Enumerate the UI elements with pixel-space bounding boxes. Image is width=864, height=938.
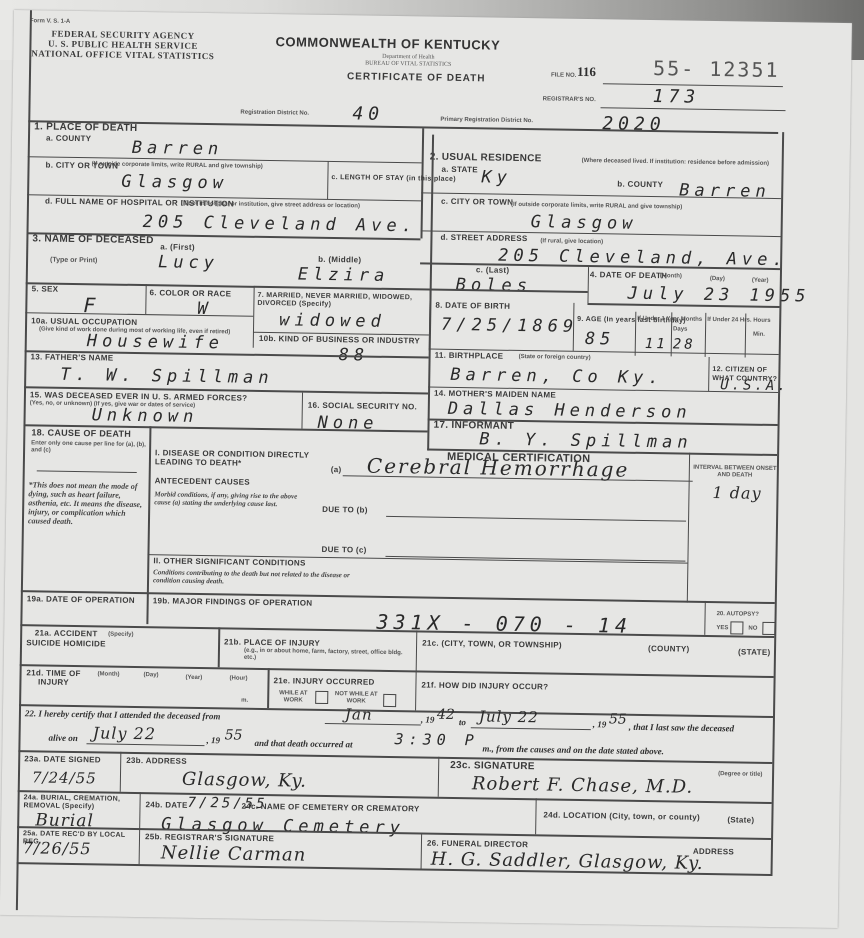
marital-status: widowed — [279, 310, 386, 332]
place-of-injury-note: (e.g., in or about home, farm, factory, … — [244, 648, 414, 665]
rule — [471, 727, 591, 730]
due-c-label: DUE TO (c) — [321, 545, 366, 555]
occupation: Housewife — [87, 331, 224, 353]
autopsy-yes-label: YES — [716, 625, 728, 632]
business-label: 10b. KIND OF BUSINESS OR INDUSTRY — [259, 334, 429, 346]
burial-date-label: 24b. DATE — [145, 800, 187, 810]
days-label: Days — [673, 326, 687, 333]
how-injury-label: 21f. HOW DID INJURY OCCUR? — [421, 680, 548, 691]
sex-label: 5. SEX — [32, 284, 59, 293]
cert-to-year-prefix: , 19 — [593, 719, 607, 729]
degree-label: (Degree or title) — [718, 771, 762, 779]
divider — [438, 757, 440, 797]
res-street-label: d. STREET ADDRESS — [440, 233, 527, 243]
while-at-work-label: WHILE AT WORK — [273, 690, 313, 705]
rule — [20, 664, 774, 678]
disposition-label: 24a. BURIAL, CREMATION, REMOVAL (Specify… — [23, 794, 133, 812]
signature-label: 23c. SIGNATURE — [450, 761, 535, 771]
divider — [708, 357, 710, 391]
date-of-death-label: 4. DATE OF DEATH — [590, 271, 630, 280]
min-label: Min. — [753, 332, 765, 339]
date-signed-label: 23a. DATE SIGNED — [24, 754, 101, 764]
injury-hour-label: (Hour) — [229, 675, 247, 682]
divider — [635, 312, 637, 356]
date-recd: 7/26/55 — [23, 838, 92, 858]
divider — [535, 798, 537, 834]
divider — [687, 453, 690, 603]
location-label: 24d. LOCATION (City, town, or county) — [543, 810, 700, 821]
cert-text-2: , that I last saw the deceased — [629, 722, 734, 734]
injury-month-label: (Month) — [98, 671, 120, 678]
dod-day-label: (Day) — [710, 276, 725, 283]
registrars-no-label: REGISTRAR'S NO. — [543, 96, 596, 104]
institution: 205 Cleveland Ave. — [143, 212, 418, 236]
mother-label: 14. MOTHER'S MAIDEN NAME — [434, 389, 556, 400]
cert-to-label: to — [459, 717, 466, 727]
cause-footnote: *This does not mean the mode of dying, s… — [28, 480, 149, 527]
father-name: T. W. Spillman — [60, 365, 274, 388]
divider — [704, 601, 706, 635]
dod-year-label: (Year) — [752, 278, 769, 285]
form-number: Form V. S. 1-A — [30, 18, 71, 26]
part2-note: Conditions contributing to the death but… — [153, 568, 373, 587]
date-of-birth: 7/25/1869 — [441, 315, 578, 337]
frame-left — [16, 10, 32, 910]
registration-district-label: Registration District No. — [240, 110, 309, 118]
file-no-prefix: 116 — [577, 64, 596, 80]
divider — [327, 161, 329, 199]
cause-line-a: Cerebral Hemorrhage — [367, 454, 630, 482]
race-label: 6. COLOR OR RACE — [150, 288, 232, 298]
res-street-note: (If rural, give location) — [540, 238, 603, 246]
months-label: If Under 1 Year Months — [637, 316, 702, 324]
divider — [145, 284, 146, 314]
antecedent-note: Morbid conditions, if any, giving rise t… — [154, 490, 314, 509]
divider — [218, 627, 221, 667]
rule — [601, 107, 786, 111]
cert-from: Jan — [345, 705, 373, 723]
res-city: Glasgow — [531, 212, 638, 234]
injury-year-label: (Year) — [185, 675, 202, 682]
registrar-signature: Nellie Carman — [161, 842, 307, 865]
age: 85 — [585, 329, 616, 349]
file-no-label: FILE NO. — [551, 72, 576, 79]
dob-label: 8. DATE OF BIRTH — [435, 301, 510, 311]
divider — [421, 832, 423, 868]
certificate-title: CERTIFICATE OF DEATH — [347, 71, 486, 84]
hours-label: If Under 24 Hrs. Hours — [707, 317, 770, 325]
name-sub: (Type or Print) — [50, 257, 97, 265]
operation-findings-label: 19b. MAJOR FINDINGS OF OPERATION — [153, 596, 313, 608]
physician-address: Glasgow, Ky. — [182, 769, 307, 792]
marital-label: 7. MARRIED, NEVER MARRIED, WIDOWED, DIVO… — [257, 292, 427, 311]
interval: 1 day — [712, 483, 761, 503]
autopsy-yes-checkbox[interactable] — [730, 621, 743, 634]
cause-of-death-label: 18. CAUSE OF DEATH — [31, 428, 131, 439]
line-a-label: (a) — [331, 465, 342, 474]
ssn-label: 16. SOCIAL SECURITY NO. — [308, 401, 428, 412]
interval-label: INTERVAL BETWEEN ONSET AND DEATH — [693, 465, 777, 480]
last-label: c. (Last) — [476, 265, 510, 275]
operation-date-label: 19a. DATE OF OPERATION — [27, 594, 135, 605]
rule — [325, 723, 421, 726]
last-name: Boles — [456, 275, 532, 296]
not-while-at-work-label: NOT WHILE AT WORK — [331, 691, 381, 706]
part1-label: I. DISEASE OR CONDITION DIRECTLY LEADING… — [155, 448, 325, 469]
death-certificate: Form V. S. 1-A FEDERAL SECURITY AGENCY U… — [0, 10, 852, 928]
autopsy-label: 20. AUTOPSY? — [717, 611, 759, 619]
injury-occurred-label: 21e. INJURY OCCURRED — [273, 676, 374, 687]
funeral-director-label: 26. FUNERAL DIRECTOR — [427, 839, 528, 850]
place-city: Glasgow — [121, 172, 228, 194]
birthplace-label: 11. BIRTHPLACE — [435, 351, 504, 361]
place-county: Barren — [132, 138, 224, 159]
dod-month-label: (Month) — [660, 273, 682, 280]
days: 28 — [673, 336, 696, 352]
place-of-death-label: 1. PLACE OF DEATH — [34, 122, 137, 133]
antecedent-label: ANTECEDENT CAUSES — [155, 476, 250, 486]
alive-on-label: alive on — [48, 733, 77, 743]
institution-note: (If not in hospital or institution, give… — [181, 201, 360, 211]
place-of-injury-label: 21b. PLACE OF INJURY — [224, 637, 320, 648]
injury-day-label: (Day) — [144, 672, 159, 679]
divider — [120, 752, 122, 792]
date-signed: 7/24/55 — [32, 768, 97, 787]
while-at-work-checkbox[interactable] — [315, 691, 328, 704]
birthplace-note: (State or foreign country) — [519, 354, 591, 362]
cert-text-4: m., from the causes and on the date stat… — [482, 743, 664, 756]
accident-specify: (Specify) — [108, 632, 133, 639]
divider — [745, 314, 747, 358]
cert-from-year: 42 — [437, 707, 455, 723]
res-state-label: a. STATE — [441, 165, 477, 175]
state-title: COMMONWEALTH OF KENTUCKY — [275, 34, 500, 53]
cause-note: Enter only one cause per line for (a), (… — [31, 440, 149, 456]
file-number: 55- 12351 — [653, 56, 780, 82]
alive-year-prefix: , 19 — [206, 735, 220, 745]
rule — [386, 516, 686, 522]
physician-signature: Robert F. Chase, M.D. — [472, 773, 694, 797]
divider — [587, 267, 589, 303]
cert-from-year-prefix: , 19 — [421, 714, 435, 724]
injury-m-label: m. — [241, 698, 248, 705]
cert-text-3: and that death occurred at — [254, 738, 352, 750]
res-county-label: b. COUNTY — [617, 179, 663, 189]
birthplace: Barren, Co Ky. — [450, 365, 664, 388]
name-label: 3. NAME OF DECEASED — [32, 234, 153, 246]
res-state: Ky — [481, 167, 512, 187]
address-label: 23b. ADDRESS — [126, 756, 187, 766]
injury-city-label: 21c. (CITY, TOWN, OR TOWNSHIP) — [422, 638, 562, 649]
location-state-label: (State) — [727, 815, 754, 824]
cemetery-label: 24c. NAME OF CEMETERY OR CREMATORY — [241, 802, 419, 814]
father-label: 13. FATHER'S NAME — [30, 352, 113, 362]
autopsy-no-label: NO — [748, 626, 757, 633]
rule — [86, 743, 204, 746]
divider — [267, 668, 270, 708]
divider — [705, 313, 707, 357]
federal-agency-header: FEDERAL SECURITY AGENCY U. S. PUBLIC HEA… — [31, 28, 214, 61]
not-while-at-work-checkbox[interactable] — [383, 694, 396, 707]
first-label: a. (First) — [160, 242, 195, 252]
usual-residence-note: (Where deceased lived. If institution: r… — [582, 158, 769, 168]
divider — [301, 393, 303, 429]
occupation-label: 10a. USUAL OCCUPATION — [31, 316, 137, 327]
cert-text-1: 22. I hereby certify that I attended the… — [25, 708, 221, 721]
frame-right — [770, 132, 784, 876]
injury-state-label: (STATE) — [738, 647, 771, 657]
res-city-note: (If outside corporate limits, write RURA… — [511, 202, 682, 212]
usual-residence-label: 2. USUAL RESIDENCE — [430, 153, 542, 164]
injury-county-label: (COUNTY) — [648, 644, 690, 654]
time-of-death: 3:30 P — [394, 730, 478, 749]
divider — [146, 592, 149, 624]
due-b-label: DUE TO (b) — [322, 505, 368, 515]
length-of-stay-label: c. LENGTH OF STAY (in this place) — [331, 173, 456, 184]
part2-label: II. OTHER SIGNIFICANT CONDITIONS — [153, 556, 305, 567]
primary-district-label: Primary Registration District No. — [440, 117, 533, 125]
rule — [37, 470, 137, 473]
res-city-label: c. CITY OR TOWN — [441, 197, 513, 207]
months: 11 — [645, 336, 668, 352]
first-name: Lucy — [158, 252, 219, 273]
accident-label: 21a. ACCIDENT SUICIDE HOMICIDE — [26, 628, 106, 649]
registration-district: 40 — [352, 103, 384, 124]
middle-label: b. (Middle) — [318, 255, 361, 265]
alive-on: July 22 — [93, 723, 157, 743]
county-label: a. COUNTY — [46, 134, 92, 144]
alive-year: 55 — [225, 727, 243, 743]
time-of-injury-label: 21d. TIME OF INJURY — [25, 668, 81, 687]
bureau: BUREAU OF VITAL STATISTICS — [333, 60, 483, 68]
cert-to-year: 55 — [609, 711, 627, 727]
cert-to: July 22 — [479, 707, 539, 726]
registrars-no: 173 — [653, 86, 701, 108]
middle-name: Elzira — [298, 264, 390, 285]
armed-forces: Unknown — [91, 405, 198, 427]
